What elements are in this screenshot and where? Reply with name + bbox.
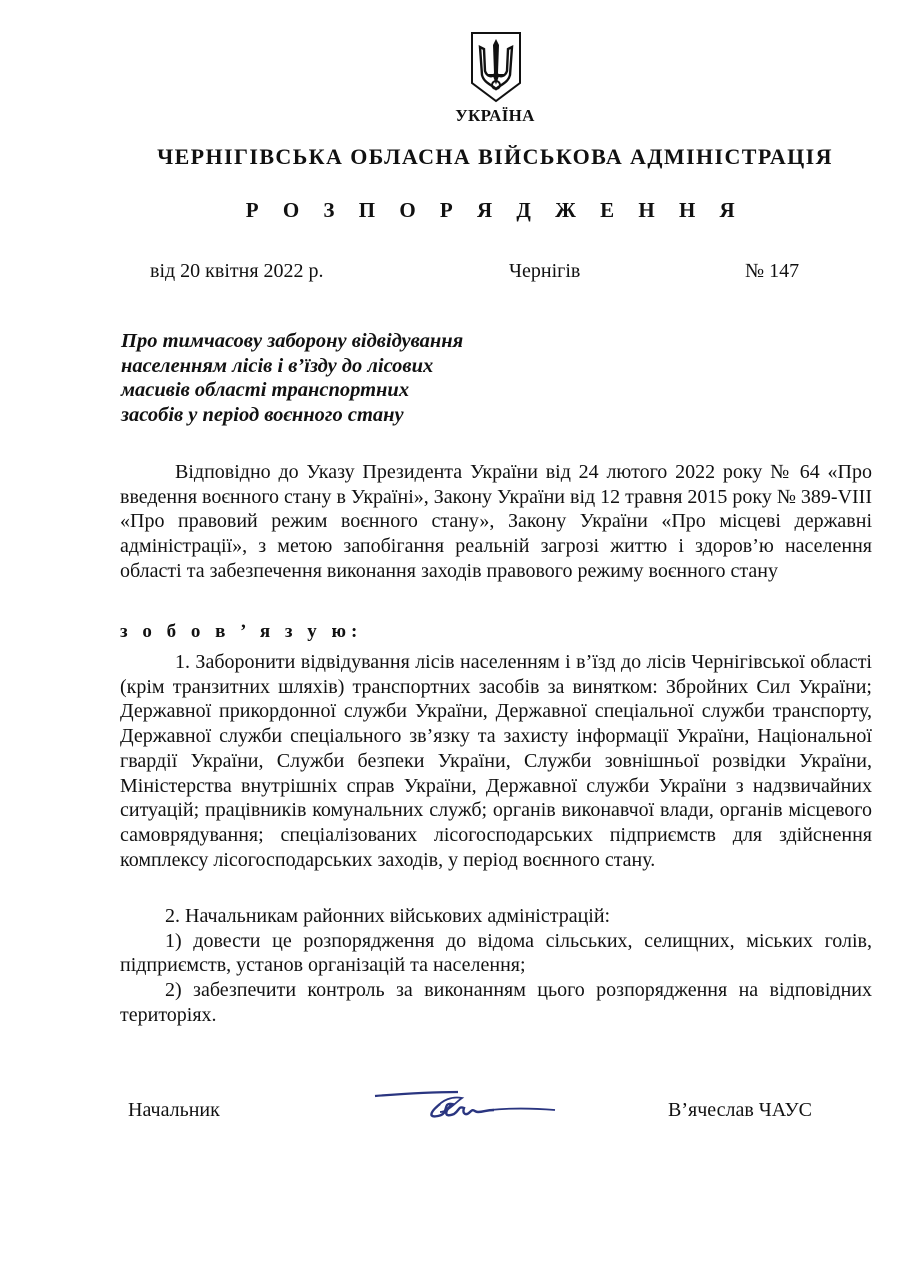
document-page: УКРАЇНА ЧЕРНІГІВСЬКА ОБЛАСНА ВІЙСЬКОВА А… — [0, 0, 905, 1280]
organization-title: ЧЕРНІГІВСЬКА ОБЛАСНА ВІЙСЬКОВА АДМІНІСТР… — [0, 144, 905, 170]
signatory-name: В’ячеслав ЧАУС — [668, 1099, 812, 1122]
subject-line: населенням лісів і в’їзду до лісових — [121, 354, 521, 379]
preamble-paragraph: Відповідно до Указу Президента України в… — [120, 460, 872, 584]
item-1-paragraph: 1. Заборонити відвідування лісів населен… — [120, 650, 872, 872]
subject-line: масивів області транспортних — [121, 378, 521, 403]
document-number: № 147 — [745, 260, 799, 283]
item-2-sub-2: 2) забезпечити контроль за виконанням ць… — [120, 978, 872, 1027]
document-type-title: Р О З П О Р Я Д Ж Е Н Н Я — [0, 198, 905, 223]
preamble-section: Відповідно до Указу Президента України в… — [120, 460, 872, 584]
subject-line: засобів у період воєнного стану — [121, 403, 521, 428]
item-2-section: 2. Начальникам районних військових адмін… — [120, 904, 872, 1028]
item-2-sub-1: 1) довести це розпорядження до відома сі… — [120, 929, 872, 978]
document-subject: Про тимчасову заборону відвідування насе… — [121, 329, 521, 427]
handwritten-signature-icon — [370, 1082, 560, 1127]
item-1-section: 1. Заборонити відвідування лісів населен… — [120, 650, 872, 872]
document-date: від 20 квітня 2022 р. — [150, 260, 324, 283]
subject-line: Про тимчасову заборону відвідування — [121, 329, 521, 354]
trident-coat-of-arms-icon — [470, 31, 522, 103]
document-city: Чернігів — [509, 260, 580, 283]
oblige-heading: з о б о в ’ я з у ю: — [120, 621, 362, 643]
item-2-heading: 2. Начальникам районних військових адмін… — [120, 904, 872, 929]
signatory-title: Начальник — [128, 1099, 220, 1122]
country-label: УКРАЇНА — [0, 106, 905, 126]
